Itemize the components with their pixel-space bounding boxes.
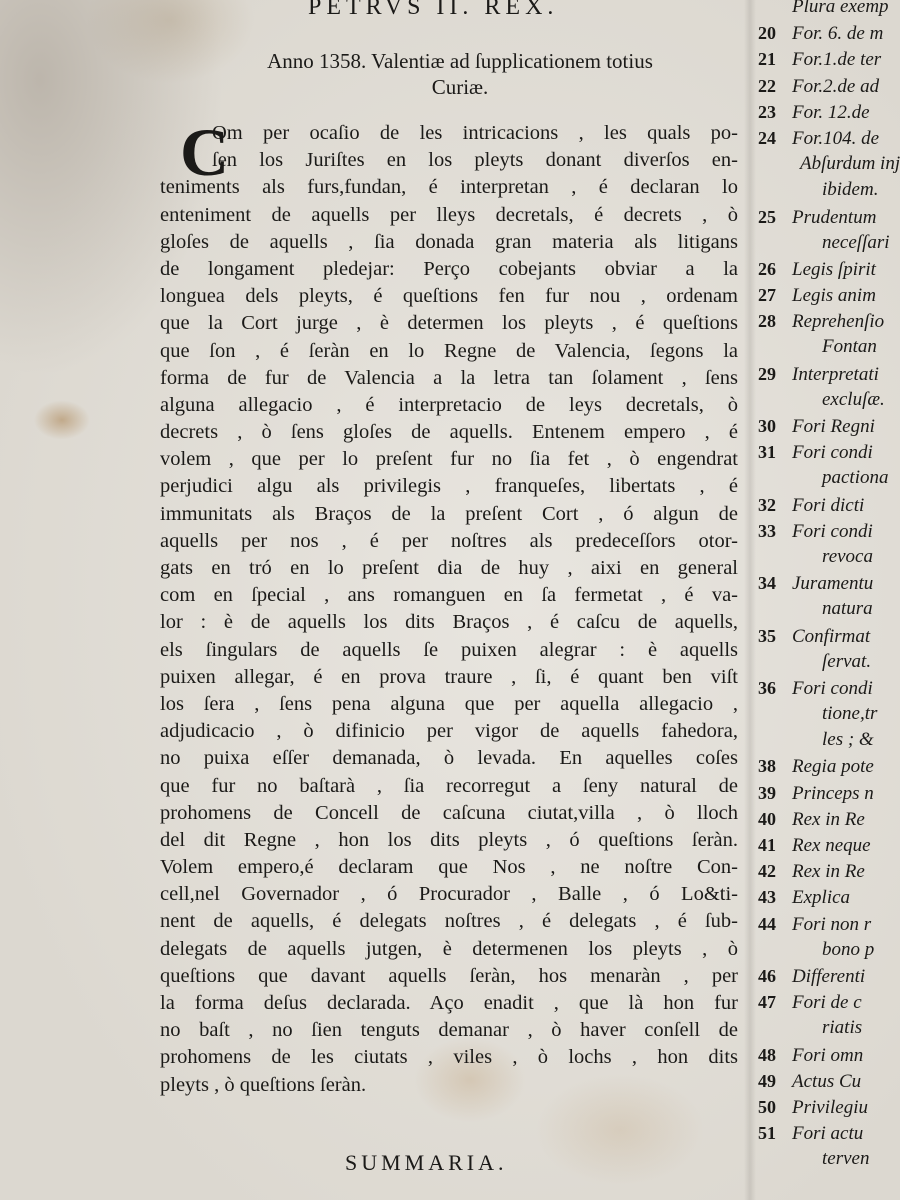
- margin-note: 48Fori omn: [758, 1042, 900, 1068]
- margin-note-text: Fori non r: [792, 914, 871, 935]
- margin-note: tione,tr: [758, 701, 900, 727]
- margin-note-text: Abſurdum inj: [792, 153, 900, 174]
- body-line: els ſingulars de aquells ſe puixen alegr…: [160, 637, 738, 664]
- body-line: gats en tró en lo preſent dia de huy , a…: [160, 555, 738, 582]
- margin-note: 26Legis ſpirit: [758, 256, 900, 282]
- margin-note: 24For.104. de: [758, 125, 900, 151]
- body-line: nent de aquells, é delegats noſtres , é …: [160, 908, 738, 935]
- body-line: que ſon , é ſeràn en lo Regne de Valenci…: [160, 338, 738, 365]
- margin-note-text: For.2.de ad: [792, 76, 879, 97]
- body-line: de longament pledejar: Perço cobejants o…: [160, 256, 738, 283]
- body-line: enteniment de aquells per lleys decretal…: [160, 202, 738, 229]
- margin-note-number: 35: [758, 623, 792, 649]
- body-line: ſen los Juriſtes en los pleyts donant di…: [160, 147, 738, 174]
- body-line: pleyts , ò queſtions ſeràn.: [160, 1072, 738, 1099]
- margin-note: 34Juramentu: [758, 570, 900, 596]
- margin-note-number: 27: [758, 282, 792, 308]
- margin-note: 25Prudentum: [758, 204, 900, 230]
- margin-note-text: ibidem.: [792, 179, 878, 200]
- margin-note: 49Actus Cu: [758, 1068, 900, 1094]
- margin-note: 32Fori dicti: [758, 492, 900, 518]
- margin-note-number: 51: [758, 1120, 792, 1146]
- margin-note: 20For. 6. de m: [758, 20, 900, 46]
- margin-note: 22For.2.de ad: [758, 73, 900, 99]
- margin-note-number: 34: [758, 570, 792, 596]
- column-gutter: [744, 0, 756, 1200]
- margin-note-text: Rex neque: [792, 835, 871, 856]
- margin-note-number: 50: [758, 1094, 792, 1120]
- body-line: lor : è de aquells los dits Braços , é c…: [160, 609, 738, 636]
- margin-note: 28Reprehenſio: [758, 308, 900, 334]
- margin-note: riatis: [758, 1015, 900, 1041]
- margin-note: 44Fori non r: [758, 911, 900, 937]
- body-line: Om per ocaſio de les intricacions , les …: [160, 120, 738, 147]
- body-line: forma de fur de Valencia a la letra tan …: [160, 365, 738, 392]
- margin-note-number: 40: [758, 806, 792, 832]
- margin-note: pactiona: [758, 465, 900, 491]
- margin-note: 29Interpretati: [758, 361, 900, 387]
- margin-note-number: 38: [758, 753, 792, 779]
- margin-note-number: 33: [758, 518, 792, 544]
- margin-note-text: Reprehenſio: [792, 311, 884, 332]
- margin-note: 30Fori Regni: [758, 413, 900, 439]
- body-paragraph: Om per ocaſio de les intricacions , les …: [160, 120, 738, 1099]
- margin-note-text: Fori de c: [792, 992, 862, 1013]
- margin-note: 51Fori actu: [758, 1120, 900, 1146]
- margin-note-number: 29: [758, 361, 792, 387]
- body-line: com en ſpecial , ans romanguen en ſa fer…: [160, 582, 738, 609]
- margin-note: 42Rex in Re: [758, 858, 900, 884]
- margin-note-number: 46: [758, 963, 792, 989]
- margin-note-number: 30: [758, 413, 792, 439]
- subheading: Anno 1358. Valentiæ ad ſupplicationem to…: [150, 48, 770, 100]
- margin-note-number: 31: [758, 439, 792, 465]
- body-line: adjudicacio , ò difinicio per vigor de a…: [160, 718, 738, 745]
- margin-note-text: Fori condi: [792, 678, 873, 699]
- margin-note-number: 43: [758, 884, 792, 910]
- margin-note-text: Interpretati: [792, 364, 879, 385]
- body-line: cell,nel Governador , ó Procurador , Bal…: [160, 881, 738, 908]
- margin-note: 33Fori condi: [758, 518, 900, 544]
- margin-note-text: Fori condi: [792, 521, 873, 542]
- margin-note-text: ſervat.: [792, 651, 871, 672]
- body-line: volem , que per lo preſent fur no ſia fe…: [160, 446, 738, 473]
- body-line: no puixa eſſer demanada, ò levada. En aq…: [160, 745, 738, 772]
- body-line: prohomens de Concell de caſcuna ciutat,v…: [160, 800, 738, 827]
- margin-note: 40Rex in Re: [758, 806, 900, 832]
- margin-note-text: Juramentu: [792, 573, 873, 594]
- margin-note: 46Differenti: [758, 963, 900, 989]
- margin-note-text: Privilegiu: [792, 1097, 868, 1118]
- summaria-heading: SUMMARIA.: [345, 1150, 508, 1176]
- margin-note-number: 23: [758, 99, 792, 125]
- margin-note-text: Rex in Re: [792, 861, 865, 882]
- margin-note-text: Fori actu: [792, 1123, 863, 1144]
- margin-note-number: 41: [758, 832, 792, 858]
- margin-note-text: Regia pote: [792, 756, 874, 777]
- margin-note: 47Fori de c: [758, 989, 900, 1015]
- margin-note-text: Differenti: [792, 966, 865, 987]
- margin-note-number: 47: [758, 989, 792, 1015]
- margin-note: natura: [758, 596, 900, 622]
- margin-note-text: Confirmat: [792, 626, 870, 647]
- margin-note: 36Fori condi: [758, 675, 900, 701]
- margin-note: 50Privilegiu: [758, 1094, 900, 1120]
- margin-note-text: Fori dicti: [792, 495, 864, 516]
- margin-note-number: 26: [758, 256, 792, 282]
- margin-note-text: Explica: [792, 887, 850, 908]
- body-line: que fur no baſtarà , ſia recorregut a ſe…: [160, 773, 738, 800]
- body-line: delegats de aquells jutgen, è determenen…: [160, 936, 738, 963]
- margin-summary-notes: Plura exemp20For. 6. de m21For.1.de ter2…: [758, 0, 900, 1172]
- margin-note: 21For.1.de ter: [758, 46, 900, 72]
- margin-note-number: 48: [758, 1042, 792, 1068]
- margin-note: 39Princeps n: [758, 780, 900, 806]
- margin-note: Plura exemp: [758, 0, 900, 20]
- body-line: la forma deſus declarada. Aço enadit , q…: [160, 990, 738, 1017]
- margin-note-text: pactiona: [792, 467, 889, 488]
- margin-note-text: Fori condi: [792, 442, 873, 463]
- margin-note-number: 20: [758, 20, 792, 46]
- body-line: prohomens de les ciutats , viles , ò loc…: [160, 1044, 738, 1071]
- margin-note-text: For. 12.de: [792, 102, 870, 123]
- margin-note-text: Legis ſpirit: [792, 259, 876, 280]
- margin-note: 35Confirmat: [758, 623, 900, 649]
- margin-note-number: 49: [758, 1068, 792, 1094]
- margin-note-text: excluſæ.: [792, 389, 885, 410]
- body-line: decrets , ò ſens gloſes de aquells. Ente…: [160, 419, 738, 446]
- body-line: puixen allegar, é en prova traure , ſi, …: [160, 664, 738, 691]
- margin-note: 23For. 12.de: [758, 99, 900, 125]
- margin-note: ibidem.: [758, 177, 900, 203]
- body-line: teniments als furs,fundan, é interpretan…: [160, 174, 738, 201]
- margin-note: Fontan: [758, 334, 900, 360]
- margin-note: 43Explica: [758, 884, 900, 910]
- margin-note-number: 42: [758, 858, 792, 884]
- margin-note-text: les ; &: [792, 729, 874, 750]
- margin-note-text: riatis: [792, 1017, 862, 1038]
- body-line: queſtions que davant aquells ſeràn, hos …: [160, 963, 738, 990]
- margin-note-text: terven: [792, 1148, 869, 1169]
- margin-note: ſervat.: [758, 649, 900, 675]
- margin-note-text: Prudentum: [792, 207, 876, 228]
- body-line: aquells per nos , é per noſtres als pred…: [160, 528, 738, 555]
- margin-note-text: Plura exemp: [792, 0, 889, 17]
- margin-note: revoca: [758, 544, 900, 570]
- margin-note: excluſæ.: [758, 387, 900, 413]
- margin-note: neceſſari: [758, 230, 900, 256]
- margin-note-text: Princeps n: [792, 783, 874, 804]
- margin-note-text: revoca: [792, 546, 873, 567]
- margin-note-text: For.104. de: [792, 128, 879, 149]
- margin-note-number: 28: [758, 308, 792, 334]
- margin-note: 31Fori condi: [758, 439, 900, 465]
- subheading-line-2: Curiæ.: [150, 74, 770, 100]
- margin-note: 27Legis anim: [758, 282, 900, 308]
- margin-note-number: 21: [758, 46, 792, 72]
- body-line: Volem empero,é declaram que Nos , ne noſ…: [160, 854, 738, 881]
- margin-note-text: For. 6. de m: [792, 23, 883, 44]
- margin-note-text: Legis anim: [792, 285, 876, 306]
- body-line: no baſt , no ſien tenguts demanar , ò ha…: [160, 1017, 738, 1044]
- margin-note: 41Rex neque: [758, 832, 900, 858]
- body-line: los ſera , ſens pena alguna que per aque…: [160, 691, 738, 718]
- subheading-line-1: Anno 1358. Valentiæ ad ſupplicationem to…: [150, 48, 770, 74]
- margin-note-number: 24: [758, 125, 792, 151]
- margin-note: Abſurdum inj: [758, 151, 900, 177]
- margin-note: les ; &: [758, 727, 900, 753]
- margin-note-number: 44: [758, 911, 792, 937]
- margin-note-text: neceſſari: [792, 232, 890, 253]
- margin-note: terven: [758, 1146, 900, 1172]
- margin-note-text: natura: [792, 598, 873, 619]
- body-line: immunitats als Braços de la preſent Cort…: [160, 501, 738, 528]
- margin-note-number: 32: [758, 492, 792, 518]
- margin-note-text: Actus Cu: [792, 1071, 861, 1092]
- margin-note: bono p: [758, 937, 900, 963]
- body-line: alguna allegacio , é interpretacio de le…: [160, 392, 738, 419]
- margin-note-number: 36: [758, 675, 792, 701]
- margin-note-number: 22: [758, 73, 792, 99]
- margin-note-text: Rex in Re: [792, 809, 865, 830]
- margin-note-number: 25: [758, 204, 792, 230]
- margin-note-text: Fontan: [792, 336, 877, 357]
- margin-note-text: For.1.de ter: [792, 49, 881, 70]
- running-head: PETRVS II. REX.: [308, 0, 608, 21]
- margin-note-number: 39: [758, 780, 792, 806]
- margin-note-text: Fori Regni: [792, 416, 875, 437]
- margin-note-text: bono p: [792, 939, 874, 960]
- body-line: perjudici algu als privilegis , franqueſ…: [160, 473, 738, 500]
- body-line: del dit Regne , hon los dits pleyts , ó …: [160, 827, 738, 854]
- margin-note-text: Fori omn: [792, 1045, 863, 1066]
- margin-note: 38Regia pote: [758, 753, 900, 779]
- margin-note-text: tione,tr: [792, 703, 877, 724]
- body-line: que la Cort jurge , è determen los pleyt…: [160, 310, 738, 337]
- body-line: gloſes de aquells , ſia donada gran mate…: [160, 229, 738, 256]
- body-line: longuea dels pleyts, é queſtions fen fur…: [160, 283, 738, 310]
